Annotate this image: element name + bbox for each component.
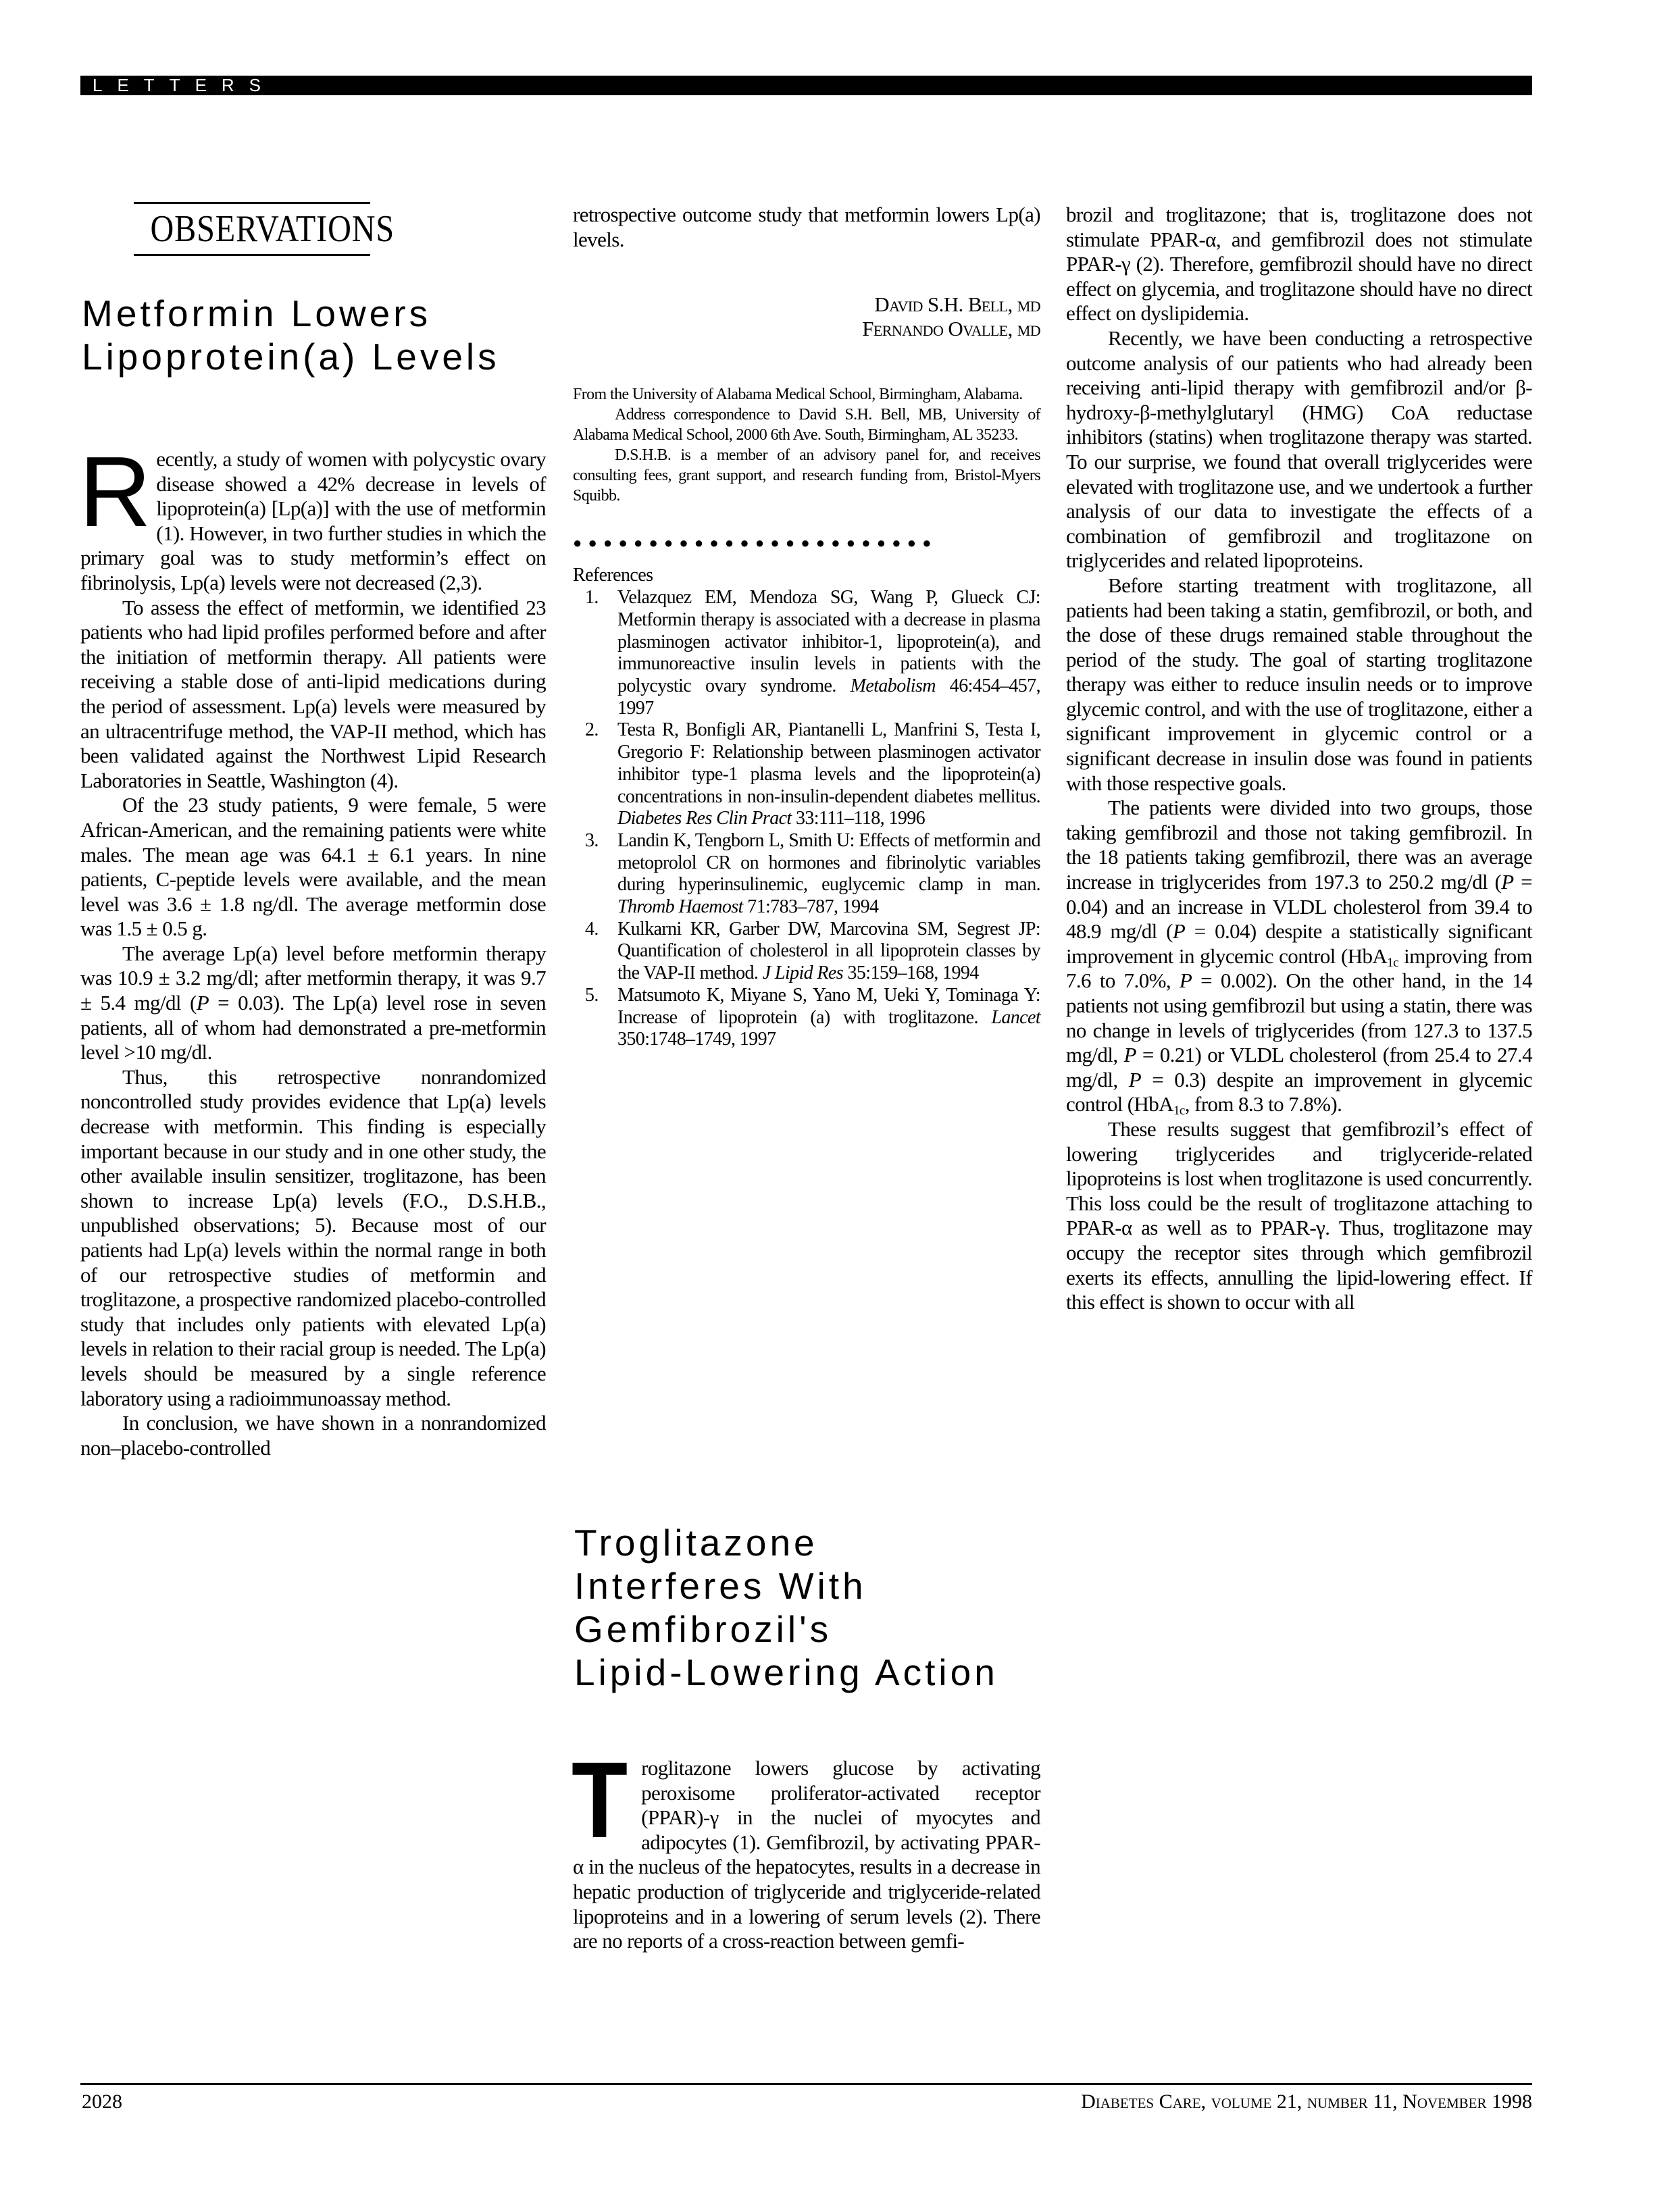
column-3: brozil and troglitazone; that is, trogli… [1066, 203, 1532, 1315]
article-1-paragraph-3: Of the 23 study patients, 9 were female,… [80, 793, 546, 942]
column-2: retrospective outcome study that metform… [573, 203, 1040, 1051]
footer-rule [80, 2083, 1532, 2085]
page-number: 2028 [82, 2090, 122, 2114]
section-label: LETTERS [93, 76, 276, 95]
dotted-separator: ●●●●●●●●●●●●●●●●●●●●●●●● [573, 533, 1040, 553]
article-1-paragraph-1: Recently, a study of women with polycyst… [80, 447, 546, 596]
column-2-article-2: Troglitazone lowers glucose by activatin… [573, 1756, 1040, 1954]
reference-item: 5.Matsumoto K, Miyane S, Yano M, Ueki Y,… [573, 985, 1040, 1051]
article-2-paragraph-4: The patients were divided into two group… [1066, 796, 1532, 1117]
section-heading-text: OBSERVATIONS [151, 204, 354, 254]
journal-citation: Diabetes Care, volume 21, number 11, Nov… [1081, 2090, 1532, 2114]
article-2-paragraph-2: Recently, we have been conducting a retr… [1066, 326, 1532, 573]
article-1-paragraph-5: Thus, this retrospective nonrandomized n… [80, 1065, 546, 1411]
column-1: Recently, a study of women with polycyst… [80, 447, 546, 1460]
disclosure: D.S.H.B. is a member of an advisory pane… [573, 445, 1040, 506]
section-header-bar: LETTERS [80, 76, 1532, 95]
references-heading: References [573, 564, 1040, 587]
article-2-paragraph-1-continued: brozil and troglitazone; that is, trogli… [1066, 203, 1532, 326]
reference-item: 3.Landin K, Tengborn L, Smith U: Effects… [573, 830, 1040, 919]
drop-cap-R: R [79, 453, 151, 532]
correspondence-address: Address correspondence to David S.H. Bel… [573, 405, 1040, 445]
article-2-paragraph-5: These results suggest that gemfibrozil’s… [1066, 1117, 1532, 1315]
reference-item: 2.Testa R, Bonfigli AR, Piantanelli L, M… [573, 719, 1040, 830]
author-affiliation: From the University of Alabama Medical S… [573, 384, 1040, 506]
section-heading: OBSERVATIONS [134, 202, 370, 256]
author-1: David S.H. Bell, md [573, 292, 1040, 317]
article-1-title: Metformin Lowers Lipoprotein(a) Levels [82, 292, 568, 378]
article-1-paragraph-6: In conclusion, we have shown in a nonran… [80, 1411, 546, 1460]
reference-item: 4.Kulkarni KR, Garber DW, Marcovina SM, … [573, 919, 1040, 985]
article-2-paragraph-3: Before starting treatment with troglitaz… [1066, 573, 1532, 796]
reference-item: 1.Velazquez EM, Mendoza SG, Wang P, Glue… [573, 587, 1040, 719]
p-value-label: P [197, 991, 209, 1014]
article-2-title: Troglitazone Interferes With Gemfibrozil… [574, 1521, 1061, 1694]
affiliation-line: From the University of Alabama Medical S… [573, 384, 1040, 405]
article-1-paragraph-4: The average Lp(a) level before metformin… [80, 942, 546, 1065]
drop-cap-T: T [572, 1760, 628, 1840]
article-2-paragraph-1: Troglitazone lowers glucose by activatin… [573, 1756, 1040, 1954]
article-1-paragraph-2: To assess the effect of metformin, we id… [80, 596, 546, 794]
references-list: 1.Velazquez EM, Mendoza SG, Wang P, Glue… [573, 587, 1040, 1051]
author-2: Fernando Ovalle, md [573, 317, 1040, 341]
article-1-paragraph-6-continued: retrospective outcome study that metform… [573, 203, 1040, 252]
author-signature: David S.H. Bell, md Fernando Ovalle, md [573, 292, 1040, 341]
